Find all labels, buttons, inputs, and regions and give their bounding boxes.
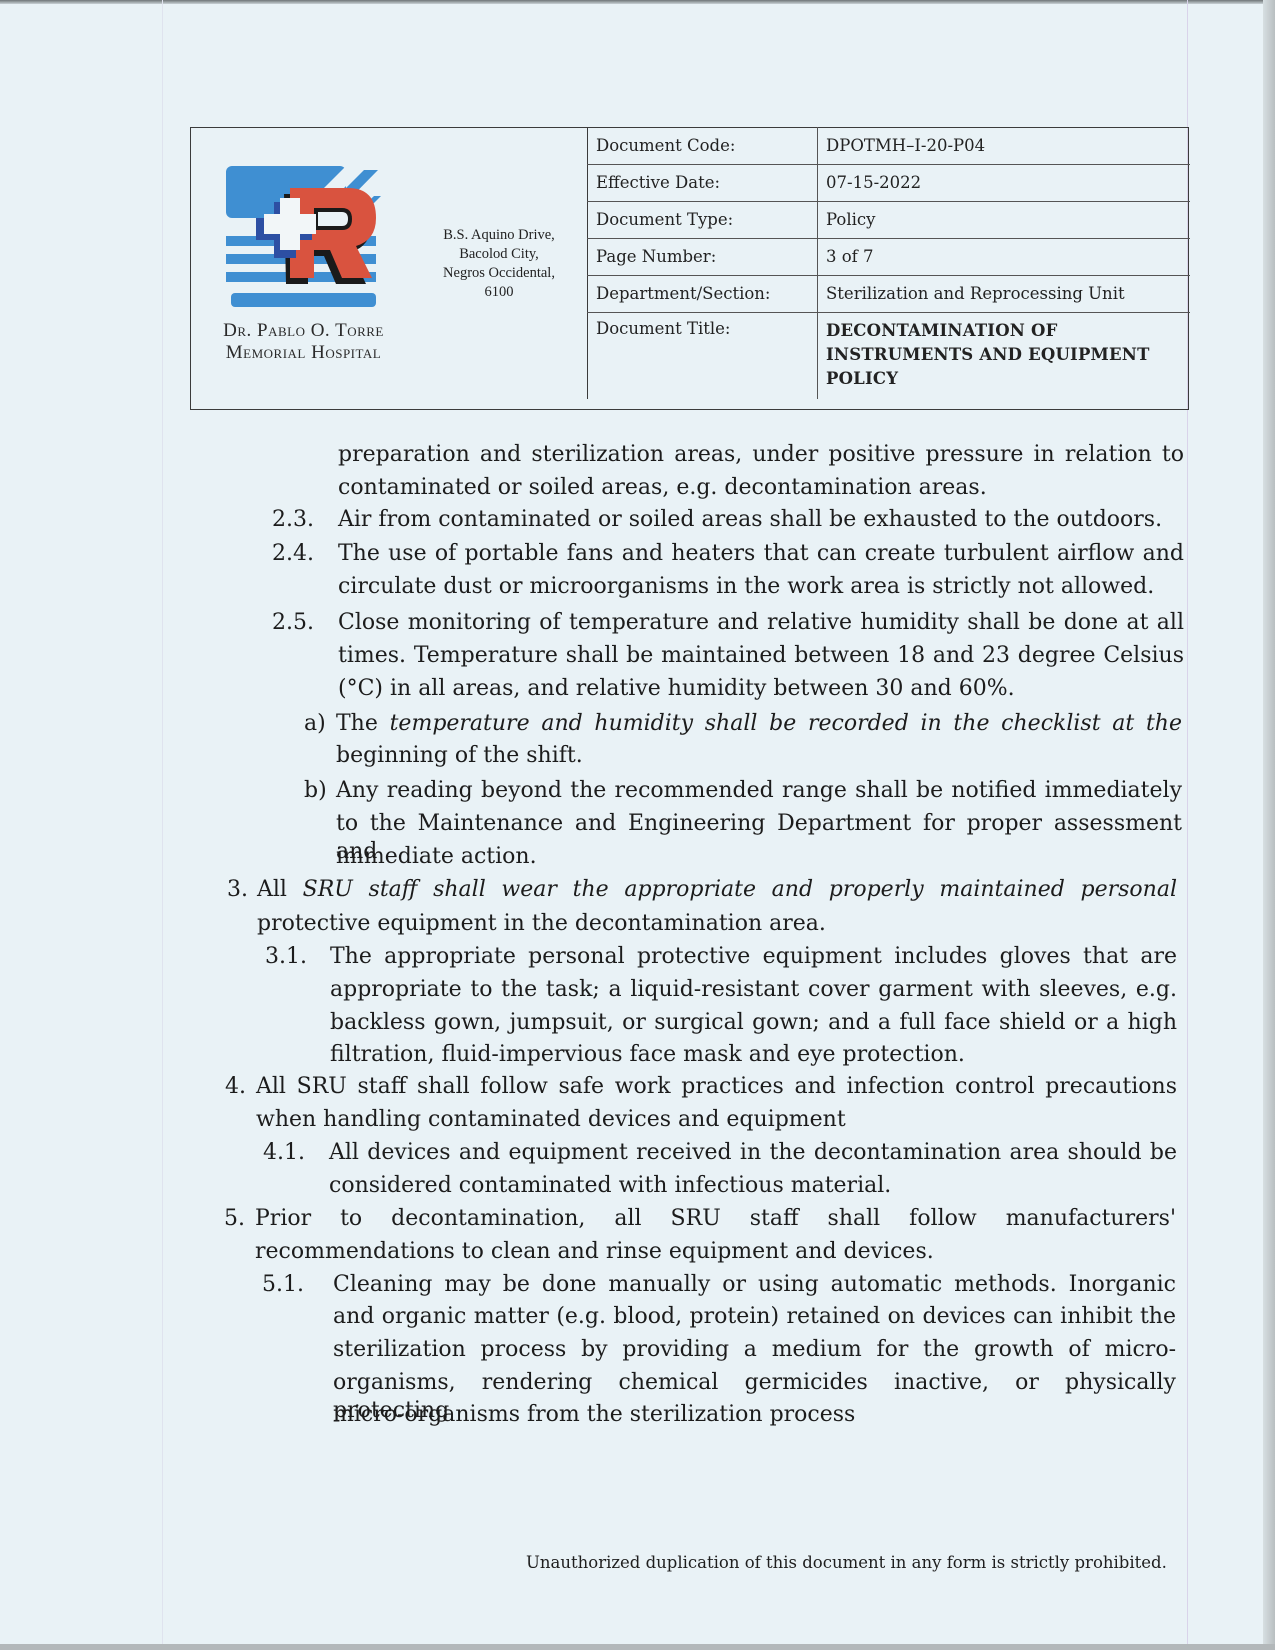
document-meta-table: Document Code: DPOTMH–I-20-P04 Effective… bbox=[587, 127, 1190, 399]
meta-row-document-title: Document Title: DECONTAMINATION OF INSTR… bbox=[588, 312, 1191, 399]
item-number: 4.1. bbox=[263, 1139, 305, 1167]
document-title-line: POLICY bbox=[826, 367, 1182, 391]
meta-row-document-code: Document Code: DPOTMH–I-20-P04 bbox=[588, 127, 1191, 164]
paragraph-line: Any reading beyond the recommended range… bbox=[336, 777, 1182, 805]
scan-bottom-edge bbox=[0, 1644, 1275, 1650]
paragraph-line: circulate dust or microorganisms in the … bbox=[338, 573, 1154, 601]
paragraph-line: The appropriate personal protective equi… bbox=[330, 943, 1177, 971]
document-title-line: INSTRUMENTS AND EQUIPMENT bbox=[826, 343, 1182, 367]
scan-guide-line bbox=[162, 0, 163, 1650]
item-number: 2.4. bbox=[272, 540, 314, 568]
paragraph-line: when handling contaminated devices and e… bbox=[256, 1106, 846, 1134]
document-title-line: DECONTAMINATION OF bbox=[826, 319, 1182, 343]
paragraph-line: preparation and sterilization areas, und… bbox=[338, 441, 1184, 469]
paragraph-line: (°C) in all areas, and relative humidity… bbox=[338, 675, 1015, 703]
document-title-value: DECONTAMINATION OF INSTRUMENTS AND EQUIP… bbox=[818, 312, 1191, 399]
paragraph-line: All SRU staff shall wear the appropriate… bbox=[257, 876, 1177, 904]
address-line: Bacolod City, bbox=[419, 245, 579, 264]
paragraph-line: times. Temperature shall be maintained b… bbox=[338, 642, 1184, 670]
paragraph-line: beginning of the shift. bbox=[336, 742, 583, 770]
paragraph-line: All SRU staff shall follow safe work pra… bbox=[256, 1073, 1177, 1101]
paragraph-line: All devices and equipment received in th… bbox=[329, 1139, 1177, 1167]
text-span: All bbox=[257, 877, 303, 902]
paragraph-line: Cleaning may be done manually or using a… bbox=[333, 1271, 1176, 1299]
document-header: Dr. Pablo O. Torre Memorial Hospital B.S… bbox=[190, 127, 1189, 410]
meta-row-department: Department/Section: Sterilization and Re… bbox=[588, 275, 1191, 312]
item-number: 5. bbox=[224, 1205, 245, 1233]
address-line: B.S. Aquino Drive, bbox=[419, 226, 579, 245]
hospital-name-line2: Memorial Hospital bbox=[201, 342, 406, 364]
paragraph-line: recommendations to clean and rinse equip… bbox=[255, 1238, 934, 1266]
item-number: 3.1. bbox=[265, 943, 307, 971]
paragraph-line: contaminated or soiled areas, e.g. decon… bbox=[338, 474, 987, 502]
item-number: 4. bbox=[225, 1073, 246, 1101]
paragraph-line: Prior to decontamination, all SRU staff … bbox=[255, 1205, 1176, 1233]
paragraph-line: sterilization process by providing a med… bbox=[333, 1336, 1176, 1364]
italic-text-span: SRU staff shall wear the appropriate and… bbox=[303, 877, 1177, 902]
paragraph-line: Air from contaminated or soiled areas sh… bbox=[338, 506, 1162, 534]
item-number: a) bbox=[304, 710, 326, 738]
scan-top-edge bbox=[0, 0, 1275, 4]
meta-row-effective-date: Effective Date: 07-15-2022 bbox=[588, 164, 1191, 201]
meta-label: Department/Section: bbox=[588, 275, 818, 312]
item-number: 2.5. bbox=[272, 609, 314, 637]
hospital-name: Dr. Pablo O. Torre Memorial Hospital bbox=[201, 320, 406, 364]
hospital-name-line1: Dr. Pablo O. Torre bbox=[201, 320, 406, 342]
document-type-value: Policy bbox=[818, 201, 1191, 238]
meta-label: Document Title: bbox=[588, 312, 818, 399]
paragraph-line: filtration, fluid-impervious face mask a… bbox=[330, 1041, 965, 1069]
effective-date-value: 07-15-2022 bbox=[818, 164, 1191, 201]
address-line: 6100 bbox=[419, 283, 579, 302]
document-code-value: DPOTMH–I-20-P04 bbox=[818, 127, 1191, 164]
department-value: Sterilization and Reprocessing Unit bbox=[818, 275, 1191, 312]
meta-label: Document Type: bbox=[588, 201, 818, 238]
italic-text-span: temperature and humidity shall be record… bbox=[390, 711, 1182, 736]
paragraph-line: immediate action. bbox=[336, 843, 537, 871]
text-span: The bbox=[336, 711, 390, 736]
footer-notice: Unauthorized duplication of this documen… bbox=[526, 1553, 1167, 1572]
item-number: 5.1. bbox=[262, 1271, 304, 1299]
paragraph-line: and organic matter (e.g. blood, protein)… bbox=[333, 1303, 1176, 1331]
item-number: b) bbox=[304, 777, 327, 805]
paragraph-line: Close monitoring of temperature and rela… bbox=[338, 609, 1184, 637]
paragraph-line: backless gown, jumpsuit, or surgical gow… bbox=[330, 1009, 1177, 1037]
address-line: Negros Occidental, bbox=[419, 264, 579, 283]
item-number: 3. bbox=[227, 876, 248, 904]
paragraph-line: The use of portable fans and heaters tha… bbox=[338, 540, 1184, 568]
hospital-logo-icon bbox=[226, 166, 381, 321]
paragraph-line: micro-organisms from the sterilization p… bbox=[333, 1401, 855, 1429]
item-number: 2.3. bbox=[272, 506, 314, 534]
paragraph-line: considered contaminated with infectious … bbox=[329, 1172, 891, 1200]
hospital-address: B.S. Aquino Drive, Bacolod City, Negros … bbox=[419, 226, 579, 302]
meta-label: Document Code: bbox=[588, 127, 818, 164]
paragraph-line: appropriate to the task; a liquid-resist… bbox=[330, 976, 1177, 1004]
meta-row-page-number: Page Number: 3 of 7 bbox=[588, 238, 1191, 275]
page-number-value: 3 of 7 bbox=[818, 238, 1191, 275]
paragraph-line: protective equipment in the decontaminat… bbox=[257, 910, 826, 938]
meta-label: Effective Date: bbox=[588, 164, 818, 201]
meta-label: Page Number: bbox=[588, 238, 818, 275]
scan-right-edge bbox=[1263, 0, 1275, 1650]
paragraph-line: The temperature and humidity shall be re… bbox=[336, 710, 1182, 738]
meta-row-document-type: Document Type: Policy bbox=[588, 201, 1191, 238]
logo-area: Dr. Pablo O. Torre Memorial Hospital B.S… bbox=[191, 128, 587, 409]
